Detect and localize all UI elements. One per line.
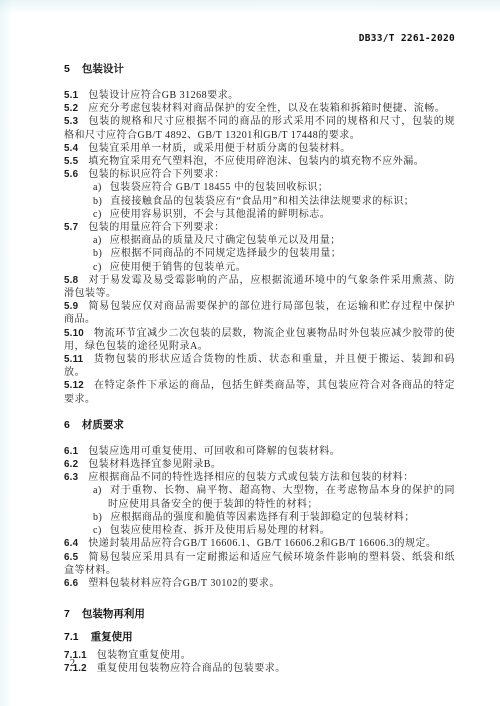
clause-6-3-number: 6.3: [64, 472, 78, 483]
section-6-heading: 6材质要求: [64, 418, 455, 432]
clause-5-5: 5.5填充物宜采用充气塑料泡，不应使用碎泡沫、包装内的填充物不应外漏。: [64, 155, 455, 168]
clause-5-8-number: 5.8: [64, 275, 78, 286]
clause-6-3-text: 应根据商品不同的特性选择相应的包装方式或包装方法和包装的材料：: [88, 472, 414, 483]
item-text: 包装袋应符合 GB/T 18455 中的包装回收标识；: [110, 182, 329, 193]
clause-5-12: 5.12在特定条件下承运的商品，包括生鲜类商品等，其包装应符合对各商品的特定要求…: [64, 379, 455, 405]
item-label: b): [93, 196, 102, 207]
clause-6-4: 6.4快递封装用品应符合GB/T 16606.1、GB/T 16606.2和GB…: [64, 537, 455, 550]
section-6-number: 6: [64, 419, 70, 431]
clause-5-6-number: 5.6: [64, 169, 78, 180]
clause-5-7-item-c: c)应使用便于销售的包装单元。: [93, 261, 455, 274]
clause-5-6: 5.6包装的标识应符合下列要求：: [64, 168, 455, 181]
clause-5-3-text: 包装的规格和尺寸应根据不同的商品的形式采用不同的规格和尺寸，包装的规格和尺寸应符…: [64, 116, 455, 140]
clause-6-3: 6.3应根据商品不同的特性选择相应的包装方式或包装方法和包装的材料：: [64, 471, 455, 484]
clause-5-5-text: 填充物宜采用充气塑料泡，不应使用碎泡沫、包装内的填充物不应外漏。: [88, 156, 424, 167]
clause-7-1-2-text: 重复使用包装物应符合商品的包装要求。: [97, 663, 286, 674]
item-label: c): [93, 209, 102, 220]
clause-5-2: 5.2应充分考虑包装材料对商品保护的安全性，以及在装箱和拆箱时便捷、流畅。: [64, 102, 455, 115]
clause-5-3: 5.3包装的规格和尺寸应根据不同的商品的形式采用不同的规格和尺寸，包装的规格和尺…: [64, 115, 455, 141]
clause-6-6: 6.6塑料包装材料应符合GB/T 30102的要求。: [64, 577, 455, 590]
clause-6-1-text: 包装应选用可重复使用、可回收和可降解的包装材料。: [88, 446, 340, 457]
clause-5-2-number: 5.2: [64, 103, 78, 114]
clause-6-4-number: 6.4: [64, 538, 78, 549]
subsection-7-1-title: 重复使用: [91, 631, 133, 643]
clause-7-1-2: 7.1.2重复使用包装物应符合商品的包装要求。: [64, 662, 455, 675]
section-5-heading: 5包装设计: [64, 62, 455, 76]
subsection-7-1-number: 7.1: [64, 631, 79, 643]
clause-5-1-number: 5.1: [64, 90, 78, 101]
clause-7-1-1-number: 7.1.1: [64, 650, 87, 661]
clause-5-12-text: 在特定条件下承运的商品，包括生鲜类商品等，其包装应符合对各商品的特定要求。: [64, 380, 455, 404]
clause-5-9-number: 5.9: [64, 301, 78, 312]
clause-6-1-number: 6.1: [64, 446, 78, 457]
clause-5-3-number: 5.3: [64, 116, 78, 127]
clause-5-4-text: 包装宜采用单一材质，或采用便于材质分离的包装材料。: [88, 143, 351, 154]
clause-5-12-number: 5.12: [64, 380, 84, 391]
clause-6-6-number: 6.6: [64, 578, 78, 589]
item-text: 应使用便于销售的包装单元。: [110, 262, 247, 273]
item-label: c): [93, 525, 102, 536]
subsection-7-1-heading: 7.1重复使用: [64, 630, 455, 644]
clause-5-5-number: 5.5: [64, 156, 78, 167]
clause-6-2-text: 包装材料选择宜参见附录B。: [88, 459, 221, 470]
clause-5-7: 5.7包装的用量应符合下列要求：: [64, 221, 455, 234]
clause-5-11: 5.11货物包装的形状应适合货物的性质、状态和重量，并且便于搬运、装卸和码放。: [64, 353, 455, 379]
clause-5-6-item-a: a)包装袋应符合 GB/T 18455 中的包装回收标识；: [93, 181, 455, 194]
clause-5-1: 5.1包装设计应符合GB 31268要求。: [64, 89, 455, 102]
item-text: 包装应使用检查、拆开及使用后易处理的材料。: [110, 525, 331, 536]
clause-6-5-number: 6.5: [64, 552, 78, 563]
item-label: a): [93, 182, 102, 193]
standard-code: DB33/T 2261-2020: [64, 0, 455, 45]
clause-5-4: 5.4包装宜采用单一材质，或采用便于材质分离的包装材料。: [64, 142, 455, 155]
section-7-title: 包装物再利用: [82, 608, 145, 620]
item-label: c): [93, 262, 102, 273]
clause-5-10-number: 5.10: [64, 328, 84, 339]
clause-6-4-text: 快递封装用品应符合GB/T 16606.1、GB/T 16606.2和GB/T …: [88, 538, 436, 549]
section-7-number: 7: [64, 608, 70, 620]
clause-6-1: 6.1包装应选用可重复使用、可回收和可降解的包装材料。: [64, 445, 455, 458]
clause-5-8-text: 对于易发霉及易受霉影响的产品，应根据流通环境中的气象条件采用熏蒸、防滑包装等。: [64, 275, 455, 299]
clause-6-5-text: 简易包装应采用具有一定耐搬运和适应气候环境条件影响的塑料袋、纸袋和纸盒等材料。: [64, 552, 455, 576]
clause-6-5: 6.5简易包装应采用具有一定耐搬运和适应气候环境条件影响的塑料袋、纸袋和纸盒等材…: [64, 551, 455, 577]
section-6-title: 材质要求: [82, 419, 124, 431]
clause-6-3-item-c: c)包装应使用检查、拆开及使用后易处理的材料。: [93, 524, 455, 537]
item-text: 应使用容易识别，不会与其他混淆的鲜明标志。: [110, 209, 331, 220]
item-label: b): [93, 512, 102, 523]
clause-5-2-text: 应充分考虑包装材料对商品保护的安全性，以及在装箱和拆箱时便捷、流畅。: [88, 103, 445, 114]
clause-5-11-text: 货物包装的形状应适合货物的性质、状态和重量，并且便于搬运、装卸和码放。: [64, 354, 455, 378]
clause-5-7-number: 5.7: [64, 222, 78, 233]
item-label: b): [93, 248, 102, 259]
clause-7-1-1-text: 包装物宜重复使用。: [97, 650, 192, 661]
clause-5-7-item-a: a)应根据商品的质量及尺寸确定包装单元以及用量；: [93, 234, 455, 247]
section-5-number: 5: [64, 63, 70, 75]
clause-5-4-number: 5.4: [64, 143, 78, 154]
clause-5-9: 5.9简易包装应仅对商品需要保护的部位进行局部包装，在运输和贮存过程中保护商品。: [64, 300, 455, 326]
page-number: 2: [70, 657, 75, 670]
clause-6-2-number: 6.2: [64, 459, 78, 470]
clause-5-10: 5.10物流环节宜减少二次包装的层数，物流企业包裹物品时外包装应减少胶带的使用，…: [64, 327, 455, 353]
clause-5-7-item-b: b)应根据不同商品的不同规定选择最少的包装用量；: [93, 247, 455, 260]
section-7-heading: 7包装物再利用: [64, 607, 455, 621]
item-text: 对于重物、长物、扁平物、超高物、大型物，在考虑物品本身的保护的同时应使用具备安全…: [108, 485, 455, 509]
clause-5-6-item-c: c)应使用容易识别，不会与其他混淆的鲜明标志。: [93, 208, 455, 221]
clause-5-11-number: 5.11: [64, 354, 83, 365]
item-text: 应根据商品的质量及尺寸确定包装单元以及用量；: [110, 235, 341, 246]
item-text: 应根据商品的强度和脆值等因素选择有利于装卸稳定的包装材料；: [110, 512, 415, 523]
clause-5-6-text: 包装的标识应符合下列要求：: [88, 169, 225, 180]
clause-7-1-1: 7.1.1包装物宜重复使用。: [64, 649, 455, 662]
clause-5-7-text: 包装的用量应符合下列要求：: [88, 222, 225, 233]
item-label: a): [93, 485, 102, 496]
document-page: DB33/T 2261-2020 5包装设计 5.1包装设计应符合GB 3126…: [64, 0, 455, 676]
item-text: 直接接触食品的包装袋应有“食品用”和相关法律法规要求的标识；: [110, 196, 414, 207]
clause-5-1-text: 包装设计应符合GB 31268要求。: [88, 90, 238, 101]
clause-6-3-item-a: a)对于重物、长物、扁平物、超高物、大型物，在考虑物品本身的保护的同时应使用具备…: [93, 484, 455, 510]
item-text: 应根据不同商品的不同规定选择最少的包装用量；: [110, 248, 341, 259]
clause-7-1-2-number: 7.1.2: [64, 663, 87, 674]
clause-6-6-text: 塑料包装材料应符合GB/T 30102的要求。: [88, 578, 280, 589]
clause-5-6-item-b: b)直接接触食品的包装袋应有“食品用”和相关法律法规要求的标识；: [93, 195, 455, 208]
clause-5-10-text: 物流环节宜减少二次包装的层数，物流企业包裹物品时外包装应减少胶带的使用，绿色包装…: [64, 328, 455, 352]
clause-5-9-text: 简易包装应仅对商品需要保护的部位进行局部包装，在运输和贮存过程中保护商品。: [64, 301, 455, 325]
section-5-title: 包装设计: [82, 63, 124, 75]
clause-6-2: 6.2包装材料选择宜参见附录B。: [64, 458, 455, 471]
clause-5-8: 5.8对于易发霉及易受霉影响的产品，应根据流通环境中的气象条件采用熏蒸、防滑包装…: [64, 274, 455, 300]
item-label: a): [93, 235, 102, 246]
clause-6-3-item-b: b)应根据商品的强度和脆值等因素选择有利于装卸稳定的包装材料；: [93, 511, 455, 524]
